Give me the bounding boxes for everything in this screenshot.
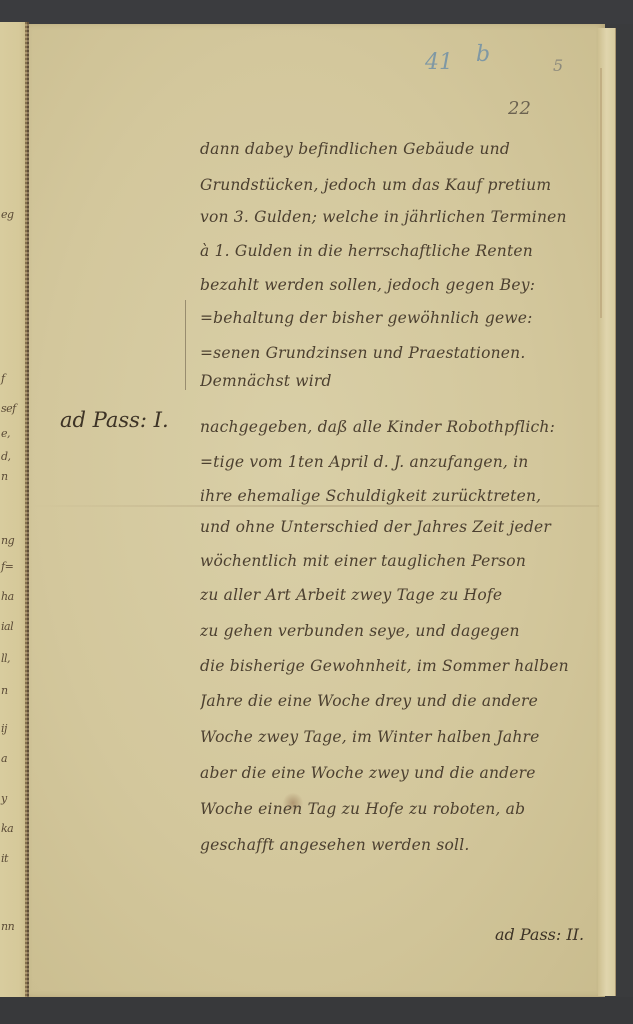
paper-fold-line (29, 505, 599, 507)
left-page-fragment: n (1, 470, 8, 483)
margin-rule (185, 300, 186, 390)
folio-letter-blue: b (476, 42, 490, 67)
left-page-fragment: ha (1, 590, 14, 603)
margin-note-section-1: ad Pass: I. (60, 408, 169, 432)
text-line: Demnächst wird (200, 372, 575, 390)
left-page-fragment: sef (1, 402, 16, 415)
page-edge-right (598, 28, 616, 996)
left-page-fragment: y (1, 792, 7, 805)
text-line: von 3. Gulden; welche in jährlichen Term… (200, 208, 575, 226)
text-line: =behaltung der bisher gewöhnlich gewe: (200, 309, 575, 327)
text-line: aber die eine Woche zwey und die andere (200, 764, 575, 782)
text-line: Grundstücken, jedoch um das Kauf pretium (200, 176, 575, 194)
text-line: ihre ehemalige Schuldigkeit zurücktreten… (200, 487, 575, 505)
left-page-fragment: f (1, 372, 5, 385)
text-line: Woche zwey Tage, im Winter halben Jahre (200, 728, 575, 746)
text-line: Jahre die eine Woche drey und die andere (200, 692, 575, 710)
text-line: Woche einen Tag zu Hofe zu roboten, ab (200, 800, 575, 818)
left-page-fragment: eg (1, 208, 14, 221)
left-page-fragment: ij (1, 722, 7, 735)
text-line: und ohne Unterschied der Jahres Zeit jed… (200, 518, 575, 536)
text-line: à 1. Gulden in die herrschaftliche Rente… (200, 242, 575, 260)
scanner-background-top (0, 0, 633, 24)
text-line: dann dabey befindlichen Gebäude und (200, 140, 575, 158)
left-page-fragment: ll, (1, 652, 10, 665)
text-line: =tige vom 1ten April d. J. anzufangen, i… (200, 453, 575, 471)
text-line: bezahlt werden sollen, jedoch gegen Bey: (200, 276, 575, 294)
text-line: zu aller Art Arbeit zwey Tage zu Hofe (200, 586, 575, 604)
left-page-fragment: nn (1, 920, 14, 933)
left-page-fragment: f= (1, 560, 13, 573)
folio-number-blue: 41 (425, 50, 453, 75)
text-line: =senen Grundzinsen und Praestationen. (200, 344, 575, 362)
scanner-background-bottom (0, 997, 633, 1024)
left-page-fragment: d, (1, 450, 11, 463)
text-line: zu gehen verbunden seye, und dagegen (200, 622, 575, 640)
text-line: nachgegeben, daß alle Kinder Robothpflic… (200, 418, 575, 436)
left-page-fragment: n (1, 684, 8, 697)
page-number: 22 (508, 98, 531, 119)
binding-thread (25, 22, 29, 997)
left-page-fragment: ka (1, 822, 13, 835)
text-line: wöchentlich mit einer tauglichen Person (200, 552, 575, 570)
pencil-mark: 5 (553, 56, 563, 75)
text-line: die bisherige Gewohnheit, im Sommer halb… (200, 657, 575, 675)
text-line: geschafft angesehen werden soll. (200, 836, 575, 854)
left-page-fragment: e, (1, 427, 10, 440)
catchword-section-2: ad Pass: II. (495, 925, 584, 944)
left-page-fragment: ial (1, 620, 13, 633)
left-page-fragment: ng (1, 534, 14, 547)
left-page-fragment: it (1, 852, 8, 865)
left-page-fragment: a (1, 752, 7, 765)
facing-page-left: eg f sef e, d, n ng f= ha ial ll, n ij a… (0, 22, 27, 997)
